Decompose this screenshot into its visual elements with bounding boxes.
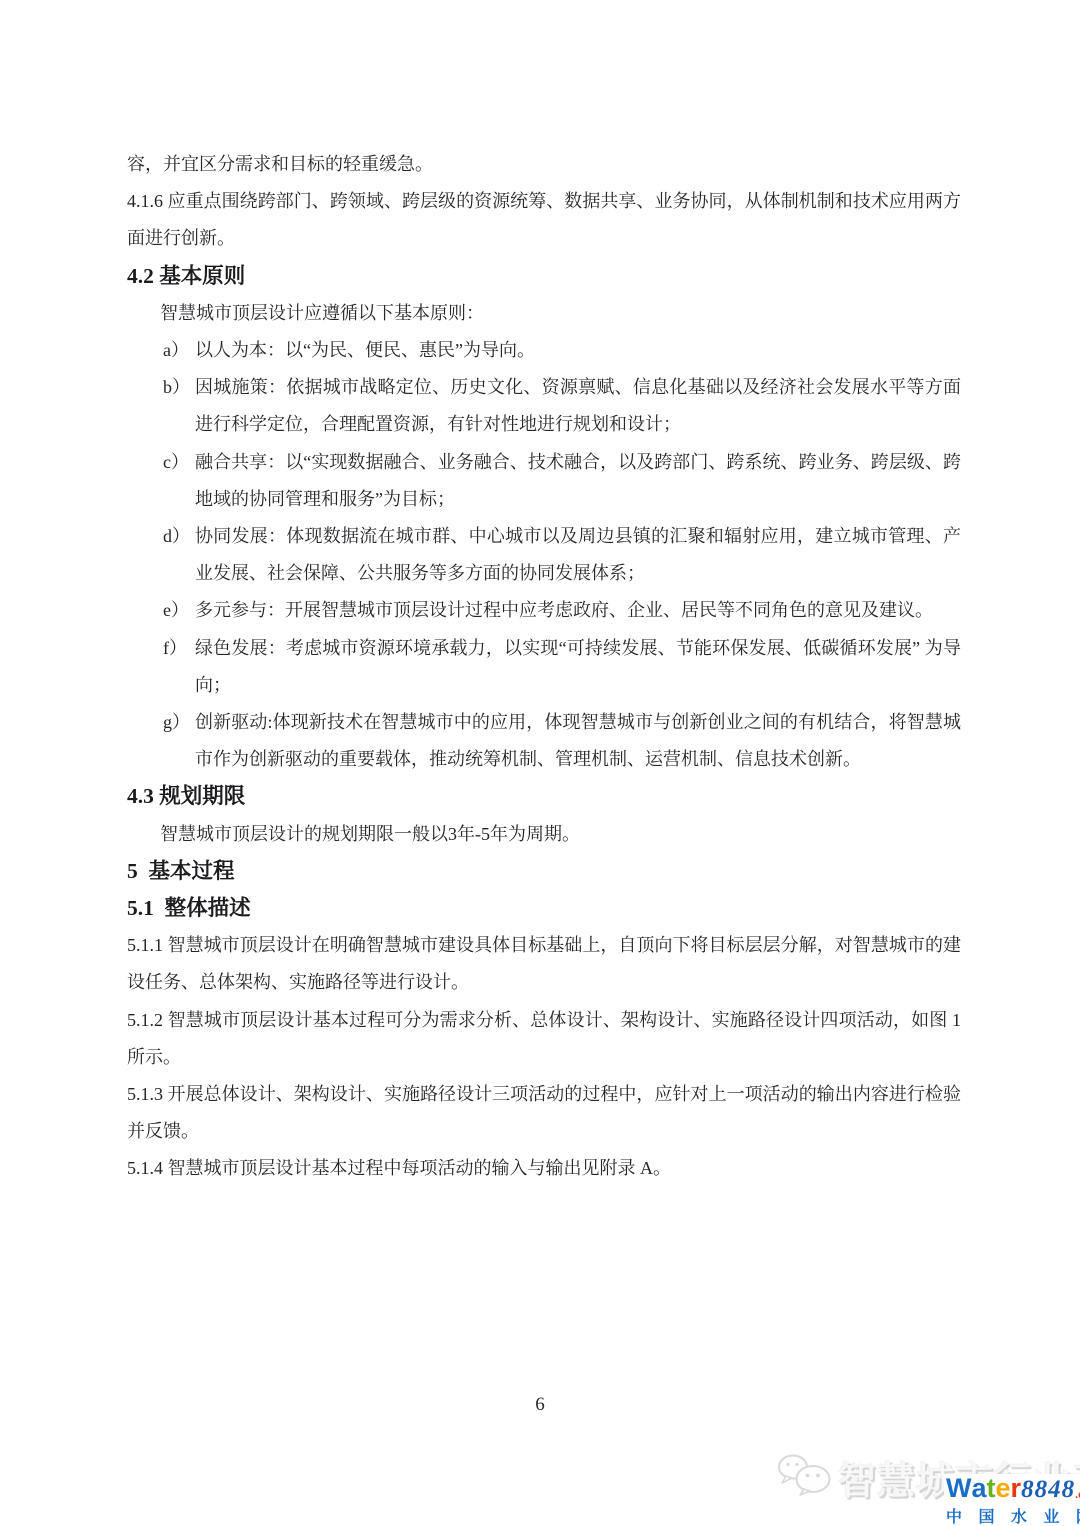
clause-5-1-3: 5.1.3 开展总体设计、架构设计、实施路径设计三项活动的过程中，应针对上一项活… xyxy=(127,1076,961,1150)
wechat-icon xyxy=(776,1452,834,1503)
clause-5-1-2: 5.1.2 智慧城市顶层设计基本过程可分为需求分析、总体设计、架构设计、实施路径… xyxy=(127,1002,961,1076)
list-text: 协同发展：体现数据流在城市群、中心城市以及周边县镇的汇聚和辐射应用，建立城市管理… xyxy=(195,518,961,592)
list-text: 以人为本：以“为民、便民、惠民”为导向。 xyxy=(195,332,961,369)
clause-4-1-6: 4.1.6 应重点围绕跨部门、跨领域、跨层级的资源统筹、数据共享、业务协同，从体… xyxy=(127,183,961,257)
principle-item-d: d） 协同发展：体现数据流在城市群、中心城市以及周边县镇的汇聚和辐射应用，建立城… xyxy=(163,518,961,592)
logo-letter: r xyxy=(1011,1475,1022,1502)
logo-letter: e xyxy=(996,1475,1011,1502)
list-text: 因城施策：依据城市战略定位、历史文化、资源禀赋、信息化基础以及经济社会发展水平等… xyxy=(195,369,961,443)
list-marker: g） xyxy=(163,704,195,778)
list-marker: e） xyxy=(163,592,195,629)
list-text: 创新驱动:体现新技术在智慧城市中的应用，体现智慧城市与创新创业之间的有机结合，将… xyxy=(195,704,961,778)
list-marker: d） xyxy=(163,518,195,592)
principle-item-a: a） 以人为本：以“为民、便民、惠民”为导向。 xyxy=(163,332,961,369)
logo-letter: a xyxy=(971,1475,986,1502)
list-marker: c） xyxy=(163,444,195,518)
heading-5-1: 5.1 整体描述 xyxy=(127,890,961,927)
logo-letter: t xyxy=(987,1475,996,1502)
clause-5-1-4: 5.1.4 智慧城市顶层设计基本过程中每项活动的输入与输出见附录 A。 xyxy=(127,1150,961,1187)
text-column: 容，并宜区分需求和目标的轻重缓急。 4.1.6 应重点围绕跨部门、跨领域、跨层级… xyxy=(127,146,961,1188)
water8848-logo: W a t e r 8848 .com 中 国 水 业 网 xyxy=(944,1474,1080,1526)
principle-item-g: g） 创新驱动:体现新技术在智慧城市中的应用，体现智慧城市与创新创业之间的有机结… xyxy=(163,704,961,778)
clause-4-3-body: 智慧城市顶层设计的规划期限一般以3年-5年为周期。 xyxy=(127,816,961,853)
clause-5-1-1: 5.1.1 智慧城市顶层设计在明确智慧城市建设具体目标基础上，自顶向下将目标层层… xyxy=(127,927,961,1001)
list-marker: b） xyxy=(163,369,195,443)
intro-4-2: 智慧城市顶层设计应遵循以下基本原则： xyxy=(127,295,961,332)
paragraph-continuation: 容，并宜区分需求和目标的轻重缓急。 xyxy=(127,146,961,183)
list-marker: f） xyxy=(163,630,195,704)
logo-water-letters: W a t e r xyxy=(946,1475,1021,1502)
logo-dotcom: .com xyxy=(1075,1490,1080,1501)
list-text: 多元参与：开展智慧城市顶层设计过程中应考虑政府、企业、居民等不同角色的意见及建议… xyxy=(195,592,961,629)
logo-wordmark: W a t e r 8848 .com xyxy=(946,1475,1080,1502)
principle-item-c: c） 融合共享：以“实现数据融合、业务融合、技术融合，以及跨部门、跨系统、跨业务… xyxy=(163,444,961,518)
principle-item-f: f） 绿色发展：考虑城市资源环境承载力，以实现“可持续发展、节能环保发展、低碳循… xyxy=(163,630,961,704)
heading-4-2: 4.2 基本原则 xyxy=(127,258,961,295)
heading-5: 5 基本过程 xyxy=(127,853,961,890)
logo-number: 8848 xyxy=(1021,1477,1075,1502)
list-text: 绿色发展：考虑城市资源环境承载力，以实现“可持续发展、节能环保发展、低碳循环发展… xyxy=(195,630,961,704)
list-marker: a） xyxy=(163,332,195,369)
principle-item-e: e） 多元参与：开展智慧城市顶层设计过程中应考虑政府、企业、居民等不同角色的意见… xyxy=(163,592,961,629)
logo-subtitle: 中 国 水 业 网 xyxy=(946,1504,1080,1526)
list-text: 融合共享：以“实现数据融合、业务融合、技术融合，以及跨部门、跨系统、跨业务、跨层… xyxy=(195,444,961,518)
principle-item-b: b） 因城施策：依据城市战略定位、历史文化、资源禀赋、信息化基础以及经济社会发展… xyxy=(163,369,961,443)
heading-4-3: 4.3 规划期限 xyxy=(127,778,961,815)
logo-letter: W xyxy=(946,1475,971,1502)
page-number: 6 xyxy=(0,1394,1080,1416)
